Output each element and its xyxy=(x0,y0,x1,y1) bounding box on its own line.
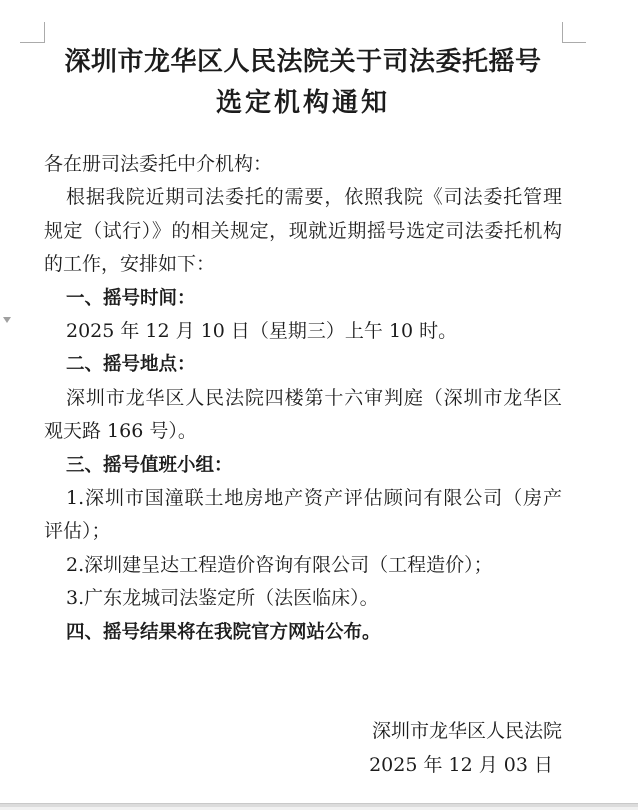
section-two-heading: 二、摇号地点： xyxy=(44,348,562,381)
margin-crop-mark-top-left-icon xyxy=(20,22,45,43)
document-page: 深圳市龙华区人民法院关于司法委托摇号 选定机构通知 各在册司法委托中介机构： 根… xyxy=(0,0,638,810)
intro-line-3: 的工作，安排如下： xyxy=(44,248,562,281)
section-one-heading: 一、摇号时间： xyxy=(44,282,562,315)
document-title-line-2: 选定机构通知 xyxy=(44,83,562,124)
signature-block: 深圳市龙华区人民法院 2025 年 12 月 03 日 xyxy=(44,715,562,782)
signature-org: 深圳市龙华区人民法院 xyxy=(44,715,562,748)
intro-line-2: 规定（试行）》的相关规定，现就近期摇号选定司法委托机构 xyxy=(44,215,562,248)
lottery-location-line-1: 深圳市龙华区人民法院四楼第十六审判庭（深圳市龙华区 xyxy=(44,382,562,415)
lottery-location-line-2: 观天路 166 号）。 xyxy=(44,415,562,448)
agency-1-line-2: 评估）； xyxy=(44,515,562,548)
salutation: 各在册司法委托中介机构： xyxy=(44,148,562,181)
section-four-heading: 四、摇号结果将在我院官方网站公布。 xyxy=(44,616,562,649)
agency-1-line-1: 1.深圳市国潼联土地房地产资产评估顾问有限公司（房产 xyxy=(44,482,562,515)
signature-date: 2025 年 12 月 03 日 xyxy=(44,749,562,782)
lottery-time: 2025 年 12 月 10 日（星期三）上午 10 时。 xyxy=(44,315,562,348)
document-content: 深圳市龙华区人民法院关于司法委托摇号 选定机构通知 各在册司法委托中介机构： 根… xyxy=(44,0,562,782)
horizontal-scrollbar-track[interactable] xyxy=(0,804,638,807)
document-body: 各在册司法委托中介机构： 根据我院近期司法委托的需要，依照我院《司法委托管理 规… xyxy=(44,148,562,649)
agency-2: 2.深圳建呈达工程造价咨询有限公司（工程造价）； xyxy=(44,549,562,582)
section-three-heading: 三、摇号值班小组： xyxy=(44,449,562,482)
document-title-line-1: 深圳市龙华区人民法院关于司法委托摇号 xyxy=(44,42,562,83)
left-edge-marker-icon xyxy=(3,317,11,323)
agency-3: 3.广东龙城司法鉴定所（法医临床）。 xyxy=(44,582,562,615)
intro-line-1: 根据我院近期司法委托的需要，依照我院《司法委托管理 xyxy=(44,181,562,214)
horizontal-scrollbar[interactable] xyxy=(0,803,638,810)
document-title: 深圳市龙华区人民法院关于司法委托摇号 选定机构通知 xyxy=(44,42,562,124)
margin-crop-mark-top-right-icon xyxy=(562,22,587,43)
